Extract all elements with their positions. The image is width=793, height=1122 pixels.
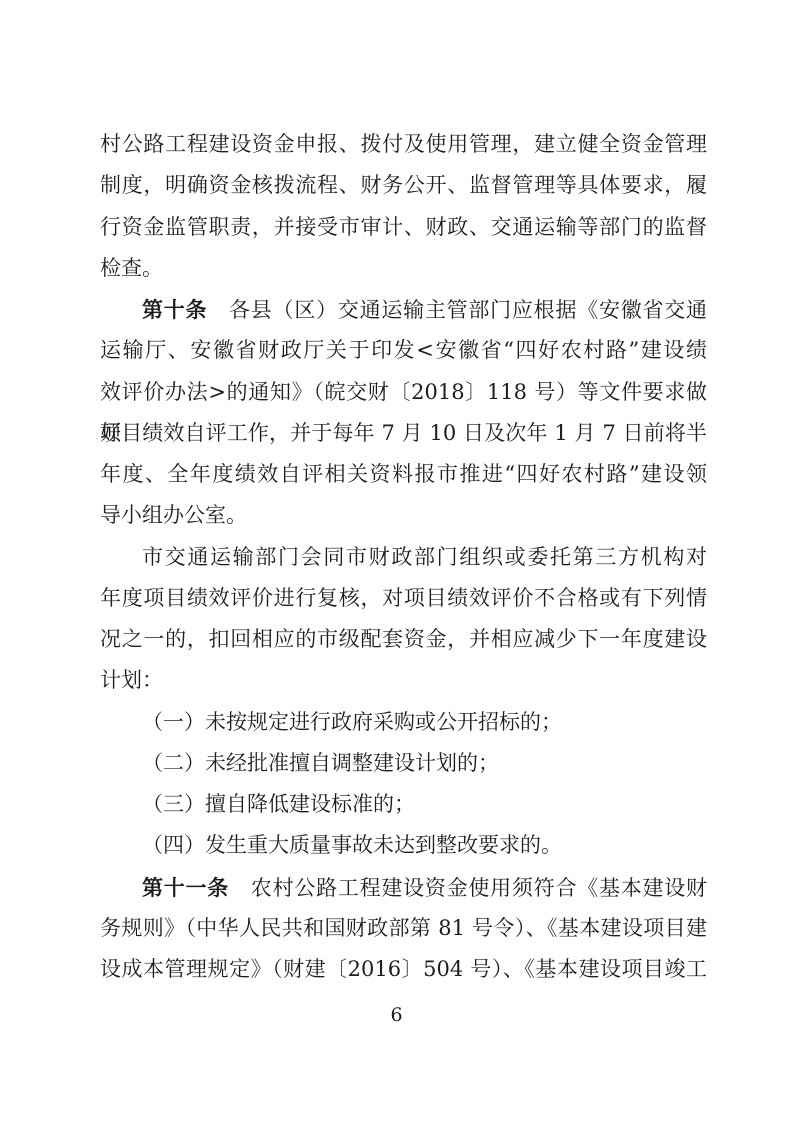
list-item: （二）未经批准擅自调整建设计划的；	[100, 743, 707, 784]
article-number-heading: 第十一条	[142, 875, 229, 900]
list-item: （四）发生重大质量事故未达到整改要求的。	[100, 825, 707, 866]
text-line: 效评价办法>的通知》（皖交财〔2018〕118 号）等文件要求做好	[100, 372, 707, 413]
document-page: 村公路工程建设资金申报、拨付及使用管理，建立健全资金管理 制度，明确资金核拨流程…	[0, 0, 793, 1122]
article-number-heading: 第十条	[142, 297, 207, 322]
text-line: 项目绩效自评工作，并于每年 7 月 10 日及次年 1 月 7 日前将半	[100, 413, 707, 454]
text-line: 况之一的，扣回相应的市级配套资金，并相应减少下一年度建设	[100, 619, 707, 660]
text-line: 市交通运输部门会同市财政部门组织或委托第三方机构对	[100, 537, 707, 578]
text-line: 运输厅、安徽省财政厅关于印发<安徽省“四好农村路”建设绩	[100, 330, 707, 371]
text-line: 第十条 各县（区）交通运输主管部门应根据《安徽省交通	[100, 289, 707, 330]
text-line: 村公路工程建设资金申报、拨付及使用管理，建立健全资金管理	[100, 124, 707, 165]
text-line: 设成本管理规定》（财建〔2016〕504 号）、《基本建设项目竣工	[100, 949, 707, 990]
text-run: 各县（区）交通运输主管部门应根据《安徽省交通	[207, 298, 707, 322]
page-number: 6	[0, 995, 793, 1036]
paragraph-review: 市交通运输部门会同市财政部门组织或委托第三方机构对 年度项目绩效评价进行复核，对…	[100, 537, 707, 702]
paragraph-article-10: 第十条 各县（区）交通运输主管部门应根据《安徽省交通 运输厅、安徽省财政厅关于印…	[100, 289, 707, 537]
text-line: 制度，明确资金核拨流程、财务公开、监督管理等具体要求，履	[100, 165, 707, 206]
text-line: 务规则》（中华人民共和国财政部第 81 号令）、《基本建设项目建	[100, 908, 707, 949]
list-item: （一）未按规定进行政府采购或公开招标的；	[100, 702, 707, 743]
text-line: 计划：	[100, 660, 707, 701]
paragraph-article-11: 第十一条 农村公路工程建设资金使用须符合《基本建设财 务规则》（中华人民共和国财…	[100, 867, 707, 991]
document-body: 村公路工程建设资金申报、拨付及使用管理，建立健全资金管理 制度，明确资金核拨流程…	[100, 124, 707, 990]
text-line: 年度、全年度绩效自评相关资料报市推进“四好农村路”建设领	[100, 454, 707, 495]
text-line: 导小组办公室。	[100, 495, 707, 536]
text-line: 第十一条 农村公路工程建设资金使用须符合《基本建设财	[100, 867, 707, 908]
text-line: 行资金监管职责，并接受市审计、财政、交通运输等部门的监督	[100, 207, 707, 248]
list-item: （三）擅自降低建设标准的；	[100, 784, 707, 825]
numbered-list: （一）未按规定进行政府采购或公开招标的； （二）未经批准擅自调整建设计划的； （…	[100, 702, 707, 867]
text-line: 检查。	[100, 248, 707, 289]
text-run: 农村公路工程建设资金使用须符合《基本建设财	[229, 876, 707, 900]
paragraph-continuation: 村公路工程建设资金申报、拨付及使用管理，建立健全资金管理 制度，明确资金核拨流程…	[100, 124, 707, 289]
text-line: 年度项目绩效评价进行复核，对项目绩效评价不合格或有下列情	[100, 578, 707, 619]
